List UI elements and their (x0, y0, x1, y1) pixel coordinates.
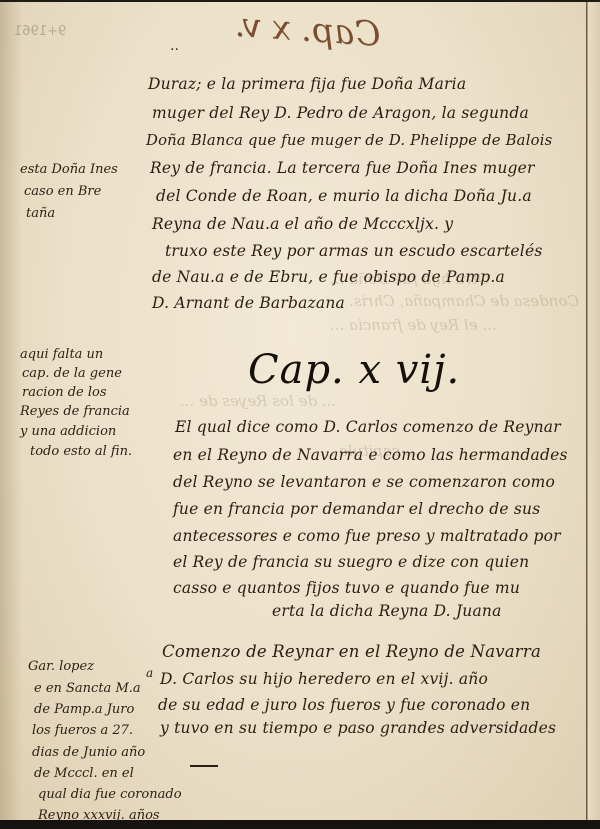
text-line: truxo este Rey por armas un escudo escar… (165, 242, 542, 260)
margin-line: Gar. lopez (28, 657, 94, 677)
text-line: de Nau.a e de Ebru, e fue obispo de Pamp… (152, 268, 505, 286)
page-edge (586, 2, 600, 820)
text-line: muger del Rey D. Pedro de Aragon, la seg… (152, 104, 529, 122)
text-line: del Reyno se levantaron e se comenzaron … (173, 473, 555, 491)
text-line: del Conde de Roan, e murio la dicha Doña… (156, 187, 532, 205)
text-line: casso e quantos fijos tuvo e quando fue … (173, 579, 520, 597)
margin-line: de Mcccl. en el (34, 764, 134, 784)
margin-line: y una addicion (20, 422, 116, 442)
margin-line: cap. de la gene (22, 364, 122, 384)
text-line: Comenzo de Reynar en el Reyno de Navarra (162, 642, 541, 661)
margin-line: Reyes de francia (20, 402, 130, 422)
margin-line: de Pamp.a Juro (34, 700, 134, 720)
margin-line: aqui falta un (20, 345, 103, 365)
superscript-mark: a (146, 666, 153, 680)
text-line: D. Carlos su hijo heredero en el xvij. a… (160, 670, 488, 688)
text-line: D. Arnant de Barbazana (152, 294, 345, 312)
text-line: fue en francia por demandar el drecho de… (173, 500, 540, 518)
chapter-heading: Cap. x vij. (248, 347, 460, 393)
margin-line: qual dia fue coronado (38, 785, 182, 805)
margin-line: racion de los (22, 383, 107, 403)
mirrored-chapter-header: Cap. x v. (234, 5, 382, 55)
text-line: y tuvo en su tiempo e paso grandes adver… (160, 719, 556, 737)
text-line: Reyna de Nau.a el año de Mcccxljx. y (152, 215, 453, 233)
margin-dash (190, 765, 218, 767)
text-line: en el Reyno de Navarra e como las herman… (173, 446, 568, 464)
text-line: el Rey de francia su suegro e dize con q… (173, 553, 529, 571)
folio-number: 9+1961 (14, 24, 66, 39)
text-line: El qual dice como D. Carlos comenzo de R… (175, 418, 561, 436)
margin-line: dias de Junio año (32, 743, 145, 763)
text-line: Rey de francia. La tercera fue Doña Ines… (150, 159, 535, 177)
text-line: Doña Blanca que fue muger de D. Phelippe… (146, 132, 552, 149)
margin-line: taña (26, 204, 55, 224)
margin-line: e en Sancta M.a (34, 679, 141, 699)
manuscript-page: Otra hija fue Doña ... Condesa de Champa… (0, 2, 586, 820)
margin-line: caso en Bre (24, 182, 101, 202)
text-line: erta la dicha Reyna D. Juana (272, 602, 502, 620)
bleed-through-text: ... de los Reyes de ... (180, 392, 336, 410)
margin-line: esta Doña Ines (20, 160, 118, 180)
text-line: antecessores e como fue preso y maltrata… (173, 527, 561, 545)
gutter-shadow (0, 2, 22, 820)
margin-line: todo esto al fin. (30, 442, 132, 462)
text-line: de su edad e juro los fueros y fue coron… (158, 696, 530, 714)
margin-line: los fueros a 27. (32, 721, 133, 741)
scan-border (0, 820, 600, 829)
header-dots: .. (170, 38, 179, 54)
margin-line: Reyno xxxvij. años (38, 806, 160, 820)
text-line: Duraz; e la primera fija fue Doña Maria (148, 75, 466, 93)
bleed-through-text: ... el Rey de francia ... (330, 316, 497, 334)
bleed-through-text: Condesa de Champaña, Chris. ... (330, 292, 579, 310)
